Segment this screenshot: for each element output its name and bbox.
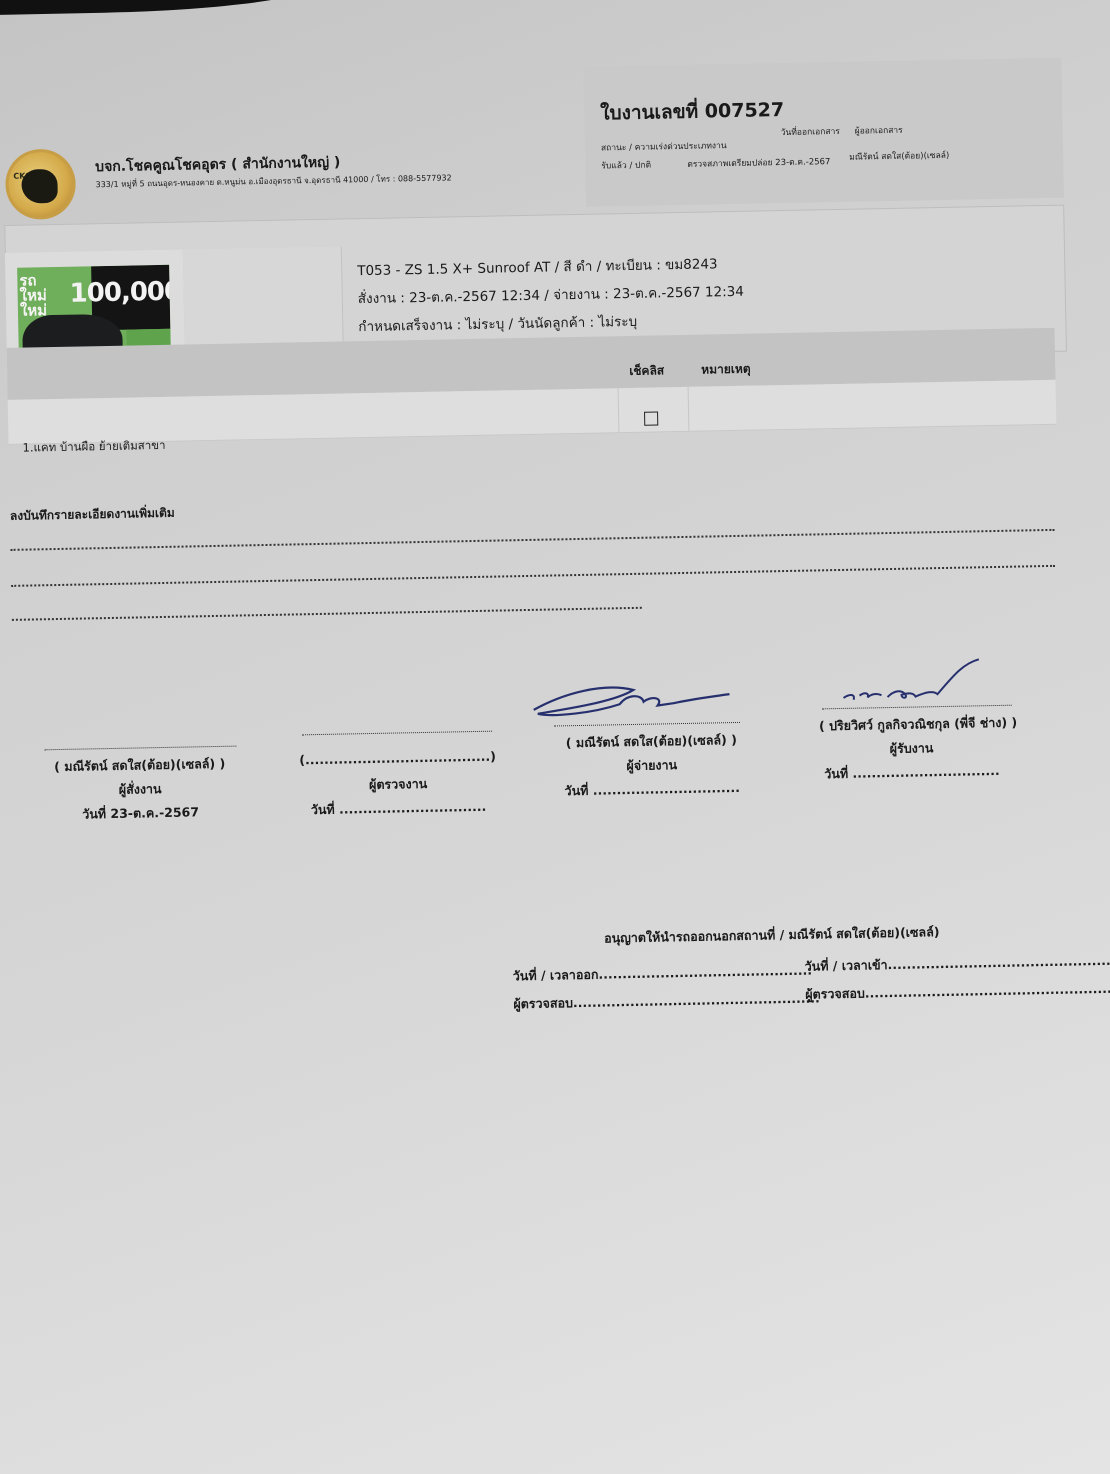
receiver-name: ( ปริยวิศว์ กูลกิจวณิชกุล (พี่จี ช่าง) ) <box>800 712 1036 737</box>
signature-line-inspector[interactable] <box>302 731 492 736</box>
document-number-title: ใบงานเลขที่ 007527 <box>600 95 784 129</box>
signature-line-orderer[interactable] <box>44 746 236 751</box>
checklist-checkbox[interactable] <box>644 411 658 425</box>
logo-emblem-icon <box>21 169 58 204</box>
entry-time-field[interactable]: วันที่ / เวลาเข้า.......................… <box>805 951 1110 977</box>
receiver-signature-icon <box>833 655 984 708</box>
inspector-name: (.......................................… <box>293 748 503 767</box>
issuer-label: ผู้ออกเอกสาร <box>855 123 903 138</box>
entry-checker-field[interactable]: ผู้ตรวจสอบ..............................… <box>805 978 1110 1004</box>
notes-label: ลงบันทึกรายละเอียดงานเพิ่มเติม <box>10 504 175 526</box>
company-logo-icon: CKC <box>5 149 76 220</box>
issue-date-label: วันที่ออกเอกสาร <box>781 124 840 139</box>
notes-line-1[interactable] <box>11 529 1055 551</box>
issuer-value: มณีรัตน์ สดใส(ต้อย)(เซลล์) <box>849 148 949 164</box>
permit-title: อนุญาตให้นำรถออกนอกสถานที่ / มณีรัตน์ สด… <box>604 922 940 948</box>
inspector-role: ผู้ตรวจงาน <box>293 772 503 796</box>
notes-line-3[interactable] <box>12 607 642 621</box>
dispatcher-role: ผู้จ่ายงาน <box>547 754 757 778</box>
task-item: 1.แคท บ้านผือ ย้ายเติมสาขา <box>22 437 165 458</box>
orderer-role: ผู้สั่งงาน <box>35 777 245 801</box>
exit-checker-field[interactable]: ผู้ตรวจสอบ..............................… <box>513 988 820 1014</box>
header-remark: หมายเหตุ <box>701 360 751 380</box>
receiver-role: ผู้รับงาน <box>806 737 1016 761</box>
status-value: รับแล้ว / ปกติ <box>601 158 651 173</box>
receiver-date: วันที่ ............................... <box>807 761 1017 785</box>
header-checklist: เช็คลิส <box>629 361 664 381</box>
dispatcher-signature-icon <box>523 670 744 724</box>
inspector-date: วันที่ ............................... <box>293 796 503 820</box>
work-order-sheet: CKC บจก.โชคคูณโชคอุดร ( สำนักงานใหญ่ ) 3… <box>0 0 1110 1474</box>
notes-line-2[interactable] <box>11 565 1055 587</box>
issue-date-value: ตรวจสภาพเตรียมปล่อย 23-ต.ค.-2567 <box>687 154 830 171</box>
status-label: สถานะ / ความเร่งด่วนประเภทงาน <box>601 138 727 154</box>
orderer-name: ( มณีรัตน์ สดใส(ต้อย)(เซลล์) ) <box>35 753 245 777</box>
exit-time-field[interactable]: วันที่ / เวลาออก........................… <box>513 961 813 987</box>
dispatcher-name: ( มณีรัตน์ สดใส(ต้อย)(เซลล์) ) <box>546 730 756 754</box>
promo-discount: 100,000 <box>69 277 171 309</box>
promo-headline: รถใหม่ใหม่ <box>19 273 60 319</box>
orderer-date: วันที่ 23-ต.ค.-2567 <box>35 801 245 825</box>
dispatcher-date: วันที่ ............................... <box>547 778 757 802</box>
